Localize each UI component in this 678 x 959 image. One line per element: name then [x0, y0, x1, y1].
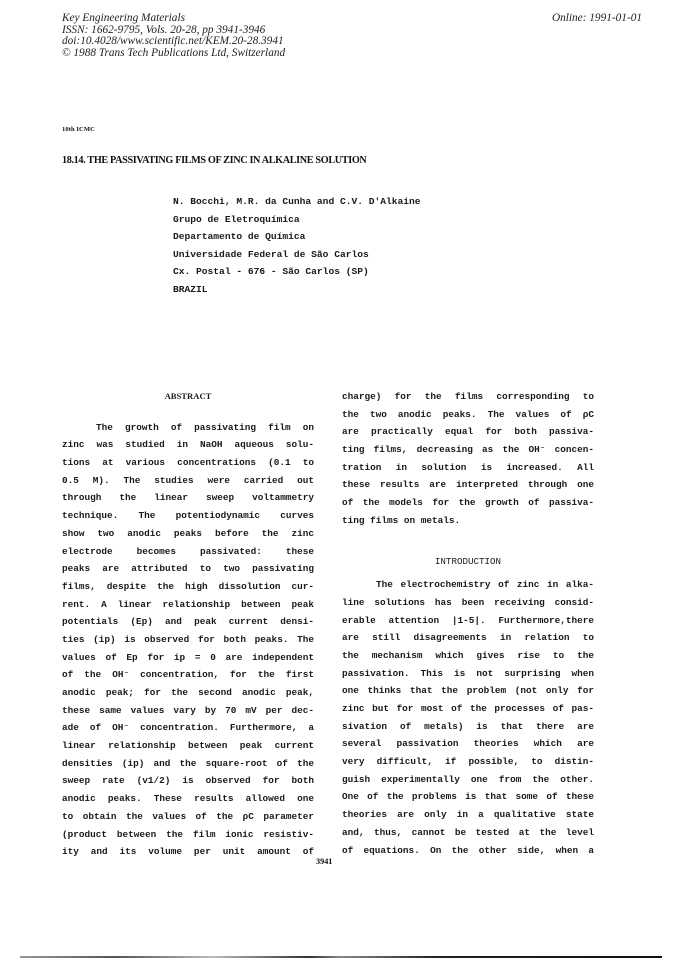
text-line: zinc but for most of the processes of pa…: [342, 700, 594, 718]
text-line: tration in solution is increased. All: [342, 459, 594, 477]
abstract-continuation: charge) for the films corresponding toth…: [342, 388, 594, 530]
text-line: One of the problems is that some of thes…: [342, 788, 594, 806]
text-line: very difficult, if possible, to distin-: [342, 753, 594, 771]
text-line: electrode becomes passivated: these: [62, 543, 314, 561]
text-line: theories are only in a qualitative state: [342, 806, 594, 824]
introduction-heading: INTRODUCTION: [342, 553, 594, 571]
text-line: one thinks that the problem (not only fo…: [342, 682, 594, 700]
text-line: ting films, decreasing as the OH⁻ concen…: [342, 441, 594, 459]
left-column: ABSTRACT The growth of passivating film …: [62, 388, 314, 861]
author-affiliation-block: N. Bocchi, M.R. da Cunha and C.V. D'Alka…: [173, 193, 421, 299]
doi-line: doi:10.4028/www.scientific.net/KEM.20-28…: [62, 36, 285, 48]
conference-label: 10th ICMC: [62, 126, 95, 133]
text-line: charge) for the films corresponding to: [342, 388, 594, 406]
text-line: linear relationship between peak current: [62, 737, 314, 755]
text-line: are still disagreements in relation to: [342, 629, 594, 647]
copyright-line: © 1988 Trans Tech Publications Ltd, Swit…: [62, 48, 285, 60]
paper-title: 18.14. THE PASSIVATING FILMS OF ZINC IN …: [62, 155, 366, 166]
text-line: the mechanism which gives rise to the: [342, 647, 594, 665]
text-line: The electrochemistry of zinc in alka-: [342, 576, 594, 594]
online-date: Online: 1991-01-01: [552, 13, 642, 25]
citation-header: Key Engineering Materials ISSN: 1662-979…: [62, 13, 285, 59]
research-group: Grupo de Eletroquímica: [173, 211, 421, 229]
text-line: (product between the film ionic resistiv…: [62, 826, 314, 844]
text-line: ting films on metals.: [342, 512, 594, 530]
page-number: 3941: [316, 857, 332, 866]
journal-name: Key Engineering Materials: [62, 13, 285, 25]
abstract-body: The growth of passivating film onzinc wa…: [62, 419, 314, 861]
text-line: values of Ep for ip = 0 are independent: [62, 649, 314, 667]
text-line: of the models for the growth of passiva-: [342, 494, 594, 512]
text-line: zinc was studied in NaOH aqueous solu-: [62, 436, 314, 454]
text-line: densities (ip) and the square-root of th…: [62, 755, 314, 773]
text-line: sweep rate (v1/2) is observed for both: [62, 772, 314, 790]
authors: N. Bocchi, M.R. da Cunha and C.V. D'Alka…: [173, 193, 421, 211]
text-line: the two anodic peaks. The values of ρC: [342, 406, 594, 424]
text-line: through the linear sweep voltammetry: [62, 489, 314, 507]
text-line: potentials (Ep) and peak current densi-: [62, 613, 314, 631]
text-line: rent. A linear relationship between peak: [62, 596, 314, 614]
text-line: ties (ip) is observed for both peaks. Th…: [62, 631, 314, 649]
text-line: and, thus, cannot be tested at the level: [342, 824, 594, 842]
country: BRAZIL: [173, 281, 421, 299]
text-line: technique. The potentiodynamic curves: [62, 507, 314, 525]
text-line: these same values vary by 70 mV per dec-: [62, 702, 314, 720]
text-line: tions at various concentrations (0.1 to: [62, 454, 314, 472]
text-line: these results are interpreted through on…: [342, 476, 594, 494]
text-line: anodic peak; for the second anodic peak,: [62, 684, 314, 702]
department: Departamento de Química: [173, 228, 421, 246]
scan-edge-line: [20, 956, 662, 958]
right-column: charge) for the films corresponding toth…: [342, 388, 594, 859]
text-line: ade of OH⁻ concentration. Furthermore, a: [62, 719, 314, 737]
introduction-body: The electrochemistry of zinc in alka-lin…: [342, 576, 594, 859]
abstract-heading: ABSTRACT: [62, 388, 314, 406]
university: Universidade Federal de São Carlos: [173, 246, 421, 264]
text-line: of equations. On the other side, when a: [342, 842, 594, 860]
text-line: erable attention |1-5|. Furthermore,ther…: [342, 612, 594, 630]
text-line: sivation of metals) is that there are: [342, 718, 594, 736]
text-line: peaks are attributed to two passivating: [62, 560, 314, 578]
text-line: films, despite the high dissolution cur-: [62, 578, 314, 596]
text-line: to obtain the values of the ρC parameter: [62, 808, 314, 826]
text-line: guish experimentally one from the other.: [342, 771, 594, 789]
text-line: The growth of passivating film on: [62, 419, 314, 437]
text-line: ity and its volume per unit amount of: [62, 843, 314, 861]
text-line: line solutions has been receiving consid…: [342, 594, 594, 612]
text-line: passivation. This is not surprising when: [342, 665, 594, 683]
text-line: show two anodic peaks before the zinc: [62, 525, 314, 543]
text-line: several passivation theories which are: [342, 735, 594, 753]
text-line: 0.5 M). The studies were carried out: [62, 472, 314, 490]
postal-address: Cx. Postal - 676 - São Carlos (SP): [173, 263, 421, 281]
text-line: of the OH⁻ concentration, for the first: [62, 666, 314, 684]
text-line: are practically equal for both passiva-: [342, 423, 594, 441]
text-line: anodic peaks. These results allowed one: [62, 790, 314, 808]
